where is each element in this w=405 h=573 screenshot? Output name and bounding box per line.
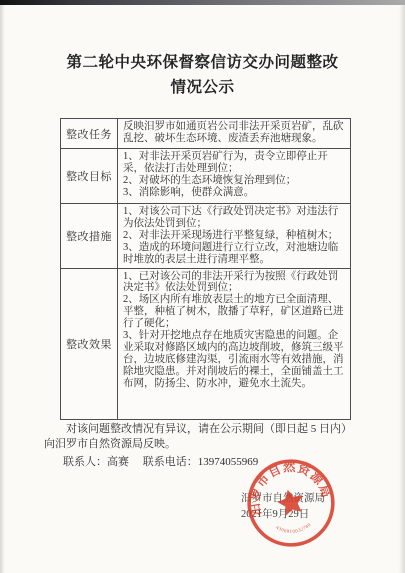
signature-agency: 汨罗市自然资源局 [241, 491, 325, 507]
table-row-measures: 整改措施 1、对该公司下达《行政处罚决定书》对违法行为依法处罚到位； 2、对非法… [61, 204, 350, 269]
table-row-task: 整改任务 反映汨罗市如通页岩公司非法开采页岩矿，乱砍乱挖、破坏生态环境、废渣丢弃… [61, 119, 350, 149]
row-content: 1、已对该公司的非法开采行为按照《行政处罚决定书》依法处罚到位； 2、场区内所有… [118, 269, 350, 419]
row-content: 反映汨罗市如通页岩公司非法开采页岩矿，乱砍乱挖、破坏生态环境、废渣丢弃池塘现象。 [118, 119, 350, 148]
row-label: 整改任务 [61, 119, 118, 148]
signature-date: 2021年9月29日 [241, 507, 325, 523]
page-title-line1: 第二轮中央环保督察信访交办问题整改 [0, 50, 405, 75]
page-title-line2: 情况公示 [0, 75, 405, 100]
row-content: 1、对该公司下达《行政处罚决定书》对违法行为依法处罚到位； 2、对非法开采现场进… [118, 204, 350, 268]
table-row-results: 整改效果 1、已对该公司的非法开采行为按照《行政处罚决定书》依法处罚到位； 2、… [61, 269, 350, 419]
notice-paragraph: 对该问题整改情况有异议，请在公示期间（即日起 5 日内） 向汨罗市自然资源局反映… [44, 422, 368, 451]
row-label: 整改效果 [61, 269, 118, 419]
table-row-goal: 整改目标 1、对非法开采页岩矿行为，责令立即停止开采，依法打击处理到位； 2、对… [61, 149, 350, 204]
page-title: 第二轮中央环保督察信访交办问题整改 情况公示 [0, 50, 405, 100]
scan-edge-top [0, 0, 405, 5]
scanned-notice-page: 第二轮中央环保督察信访交办问题整改 情况公示 整改任务 反映汨罗市如通页岩公司非… [0, 0, 405, 573]
row-label: 整改目标 [61, 149, 118, 203]
contact-line: 联系人：高赛 联系电话：13974055969 [63, 453, 258, 469]
row-label: 整改措施 [61, 204, 118, 268]
rectification-table: 整改任务 反映汨罗市如通页岩公司非法开采页岩矿，乱砍乱挖、破坏生态环境、废渣丢弃… [60, 118, 351, 420]
row-content: 1、对非法开采页岩矿行为，责令立即停止开采，依法打击处理到位； 2、对破坏的生态… [118, 149, 350, 203]
signature-block: 汨罗市自然资源局 2021年9月29日 [241, 491, 325, 523]
